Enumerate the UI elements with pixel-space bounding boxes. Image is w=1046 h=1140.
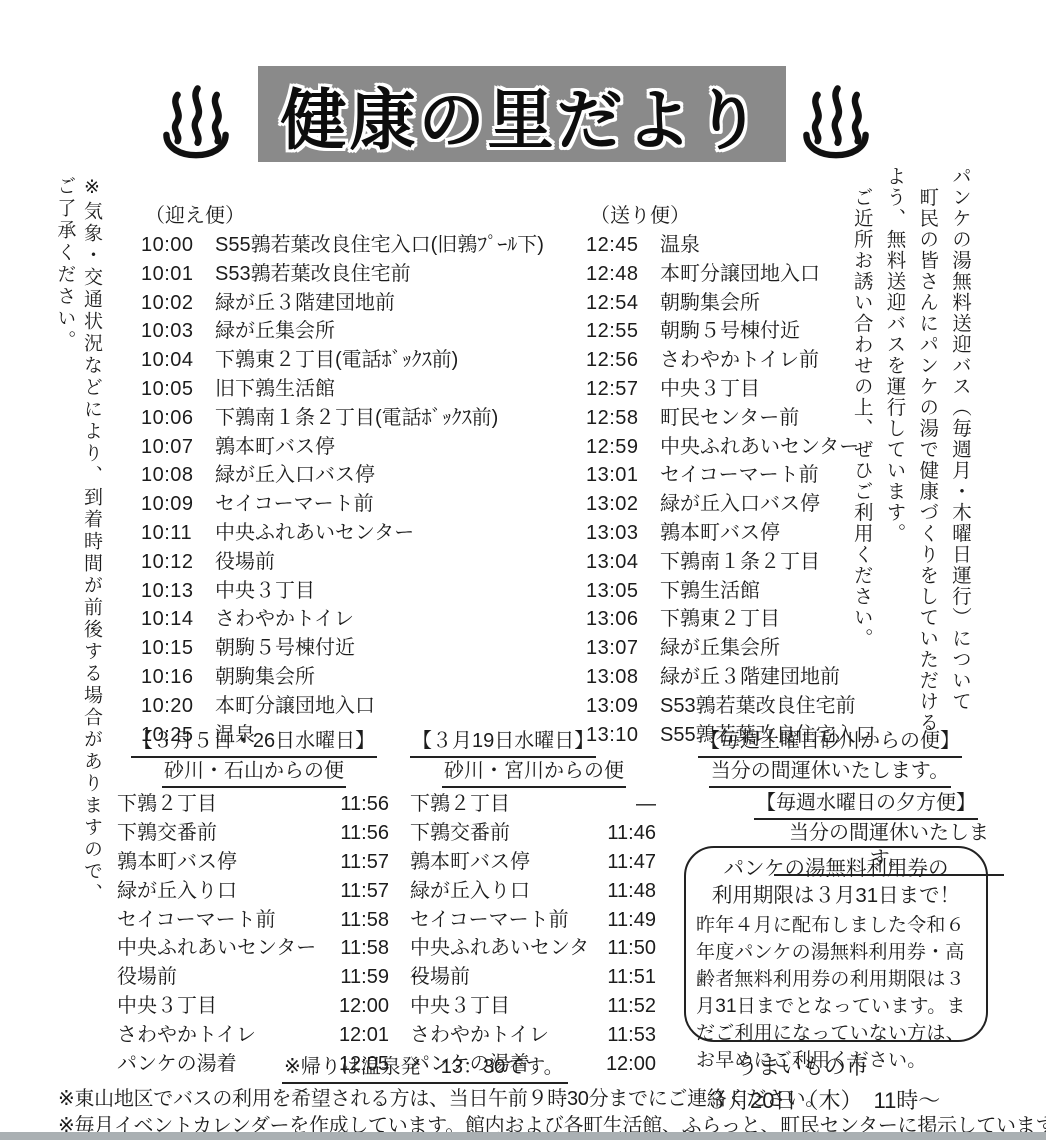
stop-time: 11:46 xyxy=(607,819,656,848)
stop-name: 中央ふれあいセンター xyxy=(215,519,414,548)
stop-time: 12:48 xyxy=(586,260,642,289)
stop-time: 11:57 xyxy=(340,877,389,906)
route-row: 役場前 11:51 xyxy=(406,963,662,992)
stop-time: 13:07 xyxy=(586,634,642,663)
stop-time: 12:00 xyxy=(339,992,389,1021)
stop-name: S53鶉若葉改良住宅前 xyxy=(660,692,856,721)
stop-name: 役場前 xyxy=(410,963,470,992)
stop-name: 温泉 xyxy=(660,231,700,260)
timetable-row: 13:03 鶉本町バス停 xyxy=(586,519,886,548)
stop-name: セイコーマート前 xyxy=(660,461,819,490)
stop-name: さわやかトイレ xyxy=(410,1021,549,1050)
stop-time: 13:04 xyxy=(586,548,642,577)
stop-name: 役場前 xyxy=(215,548,275,577)
stop-name: 本町分譲団地入口 xyxy=(215,692,375,721)
stop-time: 10:04 xyxy=(141,346,197,375)
stop-name: 朝駒５号棟付近 xyxy=(215,634,355,663)
timetable-row: 12:45 温泉 xyxy=(586,231,886,260)
route-name-header: 砂川・石山からの便 xyxy=(113,758,395,790)
stop-time: 10:03 xyxy=(141,317,197,346)
stop-name: 緑が丘３階建団地前 xyxy=(660,663,840,692)
stop-name: S53鶉若葉改良住宅前 xyxy=(215,260,411,289)
timetable-row: 12:56 さわやかトイレ前 xyxy=(586,346,886,375)
stop-time: 10:11 xyxy=(141,519,197,548)
stop-name: 役場前 xyxy=(117,963,177,992)
stop-name: パンケの湯着 xyxy=(117,1050,237,1079)
stop-time: 12:57 xyxy=(586,375,642,404)
stop-name: 朝駒集会所 xyxy=(215,663,315,692)
route-row: 下鶉交番前 11:46 xyxy=(406,819,662,848)
article-line: 町民の皆さんにパンケの湯で健康づくりをしていただける xyxy=(911,166,944,774)
route-row: さわやかトイレ 12:01 xyxy=(113,1021,395,1050)
stop-name: 中央３丁目 xyxy=(410,992,510,1021)
timetable-row: 12:48 本町分譲団地入口 xyxy=(586,260,886,289)
stop-name: さわやかトイレ xyxy=(215,605,354,634)
stop-name: 緑が丘入り口 xyxy=(117,877,237,906)
suspension-notices: 【毎週土曜日砂川からの便】 当分の間運休いたします。 【毎週水曜日の夕方便】 当… xyxy=(656,728,1004,852)
timetable-row: 10:20 本町分譲団地入口 xyxy=(141,692,591,721)
stop-time: 13:02 xyxy=(586,490,642,519)
stop-name: 鶉本町バス停 xyxy=(117,848,237,877)
route-date-header: 【３月５日・26日水曜日】 xyxy=(113,728,395,758)
stop-name: 緑が丘入り口 xyxy=(410,877,530,906)
stop-time: 13:01 xyxy=(586,461,642,490)
saturday-route-header: 【毎週土曜日砂川からの便】 xyxy=(656,728,1004,758)
route-row: 下鶉交番前 11:56 xyxy=(113,819,395,848)
stop-time: 10:08 xyxy=(141,461,197,490)
stop-name: 下鶉東２丁目 xyxy=(660,605,780,634)
timetable-row: 13:06 下鶉東２丁目 xyxy=(586,605,886,634)
stop-name: 下鶉交番前 xyxy=(410,819,510,848)
timetable-row: 10:05 旧下鶉生活館 xyxy=(141,375,591,404)
stop-name: 本町分譲団地入口 xyxy=(660,260,820,289)
timetable-row: 12:54 朝駒集会所 xyxy=(586,289,886,318)
timetable-row: 10:01 S53鶉若葉改良住宅前 xyxy=(141,260,591,289)
route-row: セイコーマート前 11:58 xyxy=(113,906,395,935)
stop-name: セイコーマート前 xyxy=(410,906,569,935)
timetable-row: 13:05 下鶉生活館 xyxy=(586,577,886,606)
free-ticket-deadline-box: パンケの湯無料利用券の 利用期限は３月31日まで！ 昨年４月に配布しました令和６… xyxy=(684,846,988,1042)
timetable-row: 10:04 下鶉東２丁目(電話ﾎﾞｯｸｽ前) xyxy=(141,346,591,375)
stop-time: 13:05 xyxy=(586,577,642,606)
timetable-row: 10:15 朝駒５号棟付近 xyxy=(141,634,591,663)
stop-time: 11:48 xyxy=(607,877,656,906)
stop-name: 中央３丁目 xyxy=(660,375,760,404)
timetable-row: 10:16 朝駒集会所 xyxy=(141,663,591,692)
stop-name: 旧下鶉生活館 xyxy=(215,375,335,404)
return-departure-note: ※帰りは温泉発 13：30です。 xyxy=(282,1050,568,1084)
timetable-row: 12:57 中央３丁目 xyxy=(586,375,886,404)
timetable-row: 10:00 S55鶉若葉改良住宅入口(旧鶉ﾌﾟｰﾙ下) xyxy=(141,231,591,260)
timetable-row: 10:06 下鶉南１条２丁目(電話ﾎﾞｯｸｽ前) xyxy=(141,404,591,433)
stop-name: 朝駒５号棟付近 xyxy=(660,317,800,346)
stop-name: 下鶉２丁目 xyxy=(117,790,217,819)
stop-name: さわやかトイレ前 xyxy=(660,346,819,375)
stop-time: 13:09 xyxy=(586,692,642,721)
stop-name: 下鶉生活館 xyxy=(660,577,760,606)
stop-name: 緑が丘集会所 xyxy=(215,317,335,346)
route-row: 役場前 11:59 xyxy=(113,963,395,992)
route-row: さわやかトイレ 11:53 xyxy=(406,1021,662,1050)
stop-time: 10:00 xyxy=(141,231,197,260)
stop-time: 12:55 xyxy=(586,317,642,346)
stop-time: 10:16 xyxy=(141,663,197,692)
stop-name: 下鶉南１条２丁目 xyxy=(660,548,820,577)
route-row: 下鶉２丁目 ― xyxy=(406,790,662,819)
higashiyama-contact-note: ※東山地区でバスの利用を希望される方は、当日午前９時30分までにご連絡ください。 xyxy=(58,1082,825,1111)
pickup-timetable: （迎え便） 10:00 S55鶉若葉改良住宅入口(旧鶉ﾌﾟｰﾙ下) 10:01 … xyxy=(141,202,591,749)
route-row: 下鶉２丁目 11:56 xyxy=(113,790,395,819)
timetable-row: 10:03 緑が丘集会所 xyxy=(141,317,591,346)
timetable-row: 13:08 緑が丘３階建団地前 xyxy=(586,663,886,692)
saturday-route-suspended: 当分の間運休いたします。 xyxy=(656,758,1004,790)
stop-name: 鶉本町バス停 xyxy=(660,519,780,548)
ticket-box-title: パンケの湯無料利用券の 利用期限は３月31日まで！ xyxy=(696,856,976,909)
stop-time: 10:06 xyxy=(141,404,197,433)
timetable-row: 10:13 中央３丁目 xyxy=(141,577,591,606)
stop-time: 10:14 xyxy=(141,605,197,634)
stop-name: 中央ふれあいセンター xyxy=(410,934,607,963)
timetable-row: 12:55 朝駒５号棟付近 xyxy=(586,317,886,346)
timetable-row: 10:07 鶉本町バス停 xyxy=(141,433,591,462)
ishiyama-route-table: 【３月５日・26日水曜日】 砂川・石山からの便 下鶉２丁目 11:56 下鶉交番… xyxy=(113,728,395,1079)
stop-name: 朝駒集会所 xyxy=(660,289,760,318)
stop-time: 11:56 xyxy=(340,790,389,819)
timetable-row: 13:02 緑が丘入口バス停 xyxy=(586,490,886,519)
stop-time: 12:00 xyxy=(606,1050,656,1079)
hot-spring-icon xyxy=(796,74,876,178)
timetable-row: 13:07 緑が丘集会所 xyxy=(586,634,886,663)
route-row: 緑が丘入り口 11:57 xyxy=(113,877,395,906)
pickup-label: （迎え便） xyxy=(141,202,591,231)
stop-name: セイコーマート前 xyxy=(117,906,276,935)
stop-time: 10:12 xyxy=(141,548,197,577)
stop-name: 下鶉東２丁目(電話ﾎﾞｯｸｽ前) xyxy=(215,346,458,375)
stop-time: 11:49 xyxy=(607,906,656,935)
stop-time: 11:53 xyxy=(607,1021,656,1050)
route-row: 緑が丘入り口 11:48 xyxy=(406,877,662,906)
route-row: 中央３丁目 11:52 xyxy=(406,992,662,1021)
article-title: パンケの湯無料送迎バス（毎週月・木曜日運行）について xyxy=(943,166,976,774)
stop-time: 10:02 xyxy=(141,289,197,318)
stop-name: 中央３丁目 xyxy=(215,577,315,606)
event-name: うまいもの市 xyxy=(700,1050,940,1081)
stop-time: 11:58 xyxy=(340,934,389,963)
stop-time: 11:57 xyxy=(340,848,389,877)
weather-caution-note: ※気象・交通状況などにより、到着時間が前後する場合がありますので、ご了承ください… xyxy=(70,176,104,922)
timetable-row: 10:11 中央ふれあいセンター xyxy=(141,519,591,548)
stop-time: 10:05 xyxy=(141,375,197,404)
miyakawa-route-table: 【３月19日水曜日】 砂川・宮川からの便 下鶉２丁目 ― 下鶉交番前 11:46… xyxy=(406,728,662,1079)
stop-time: 10:07 xyxy=(141,433,197,462)
stop-name: 町民センター前 xyxy=(660,404,799,433)
stop-name: 緑が丘入口バス停 xyxy=(660,490,820,519)
stop-time: 10:15 xyxy=(141,634,197,663)
route-row: 鶉本町バス停 11:47 xyxy=(406,848,662,877)
page-title: 健康の里だより xyxy=(281,67,764,162)
stop-time: 11:51 xyxy=(607,963,656,992)
timetable-row: 12:58 町民センター前 xyxy=(586,404,886,433)
stop-name: S55鶉若葉改良住宅入口(旧鶉ﾌﾟｰﾙ下) xyxy=(215,231,544,260)
timetable-row: 12:59 中央ふれあいセンター xyxy=(586,433,886,462)
stop-time: 10:13 xyxy=(141,577,197,606)
stop-time: 10:09 xyxy=(141,490,197,519)
hot-spring-icon xyxy=(156,74,236,178)
route-row: 中央３丁目 12:00 xyxy=(113,992,395,1021)
stop-time: 10:20 xyxy=(141,692,197,721)
stop-time: 12:58 xyxy=(586,404,642,433)
stop-time: 12:56 xyxy=(586,346,642,375)
route-date-header: 【３月19日水曜日】 xyxy=(406,728,662,758)
stop-time: 11:50 xyxy=(607,934,656,963)
stop-name: 下鶉２丁目 xyxy=(410,790,510,819)
stop-name: 緑が丘集会所 xyxy=(660,634,780,663)
stop-time: 12:45 xyxy=(586,231,642,260)
stop-name: 緑が丘３階建団地前 xyxy=(215,289,395,318)
stop-name: 鶉本町バス停 xyxy=(410,848,530,877)
stop-name: さわやかトイレ xyxy=(117,1021,256,1050)
stop-time: 10:01 xyxy=(141,260,197,289)
stop-time: 11:47 xyxy=(607,848,656,877)
newsletter-page: 健康の里だより ※気象・交通状況などにより、到着時間が前後する場合がありますので… xyxy=(0,0,1046,1140)
stop-name: 中央３丁目 xyxy=(117,992,217,1021)
stop-name: 中央ふれあいセンター xyxy=(117,934,316,963)
timetable-row: 10:08 緑が丘入口バス停 xyxy=(141,461,591,490)
timetable-row: 10:14 さわやかトイレ xyxy=(141,605,591,634)
stop-name: セイコーマート前 xyxy=(215,490,374,519)
route-row: 中央ふれあいセンター 11:50 xyxy=(406,934,662,963)
timetable-row: 13:09 S53鶉若葉改良住宅前 xyxy=(586,692,886,721)
timetable-row: 10:02 緑が丘３階建団地前 xyxy=(141,289,591,318)
stop-time: 12:01 xyxy=(339,1021,389,1050)
dropoff-label: （送り便） xyxy=(586,202,886,231)
route-row: 鶉本町バス停 11:57 xyxy=(113,848,395,877)
route-name-header: 砂川・宮川からの便 xyxy=(406,758,662,790)
stop-time: 11:52 xyxy=(607,992,656,1021)
stop-time: 13:06 xyxy=(586,605,642,634)
stop-time: 12:54 xyxy=(586,289,642,318)
timetable-row: 10:12 役場前 xyxy=(141,548,591,577)
stop-time: 13:03 xyxy=(586,519,642,548)
stop-time: 11:56 xyxy=(340,819,389,848)
route-row: セイコーマート前 11:49 xyxy=(406,906,662,935)
stop-time: 13:08 xyxy=(586,663,642,692)
stop-time: 11:59 xyxy=(340,963,389,992)
stop-name: 下鶉南１条２丁目(電話ﾎﾞｯｸｽ前) xyxy=(215,404,498,433)
stop-name: 下鶉交番前 xyxy=(117,819,217,848)
route-row: 中央ふれあいセンター 11:58 xyxy=(113,934,395,963)
stop-time: ― xyxy=(636,790,656,819)
stop-name: 鶉本町バス停 xyxy=(215,433,335,462)
stop-name: 中央ふれあいセンター xyxy=(660,433,859,462)
timetable-row: 10:09 セイコーマート前 xyxy=(141,490,591,519)
timetable-row: 13:01 セイコーマート前 xyxy=(586,461,886,490)
stop-time: 11:58 xyxy=(340,906,389,935)
stop-time: 12:59 xyxy=(586,433,642,462)
timetable-row: 13:04 下鶉南１条２丁目 xyxy=(586,548,886,577)
newsletter-title-banner: 健康の里だより xyxy=(258,66,786,162)
bottom-divider-bar xyxy=(0,1132,1046,1140)
wednesday-evening-header: 【毎週水曜日の夕方便】 xyxy=(656,790,1004,820)
dropoff-timetable: （送り便） 12:45 温泉 12:48 本町分譲団地入口 12:54 朝駒集会… xyxy=(586,202,886,749)
stop-name: 緑が丘入口バス停 xyxy=(215,461,375,490)
